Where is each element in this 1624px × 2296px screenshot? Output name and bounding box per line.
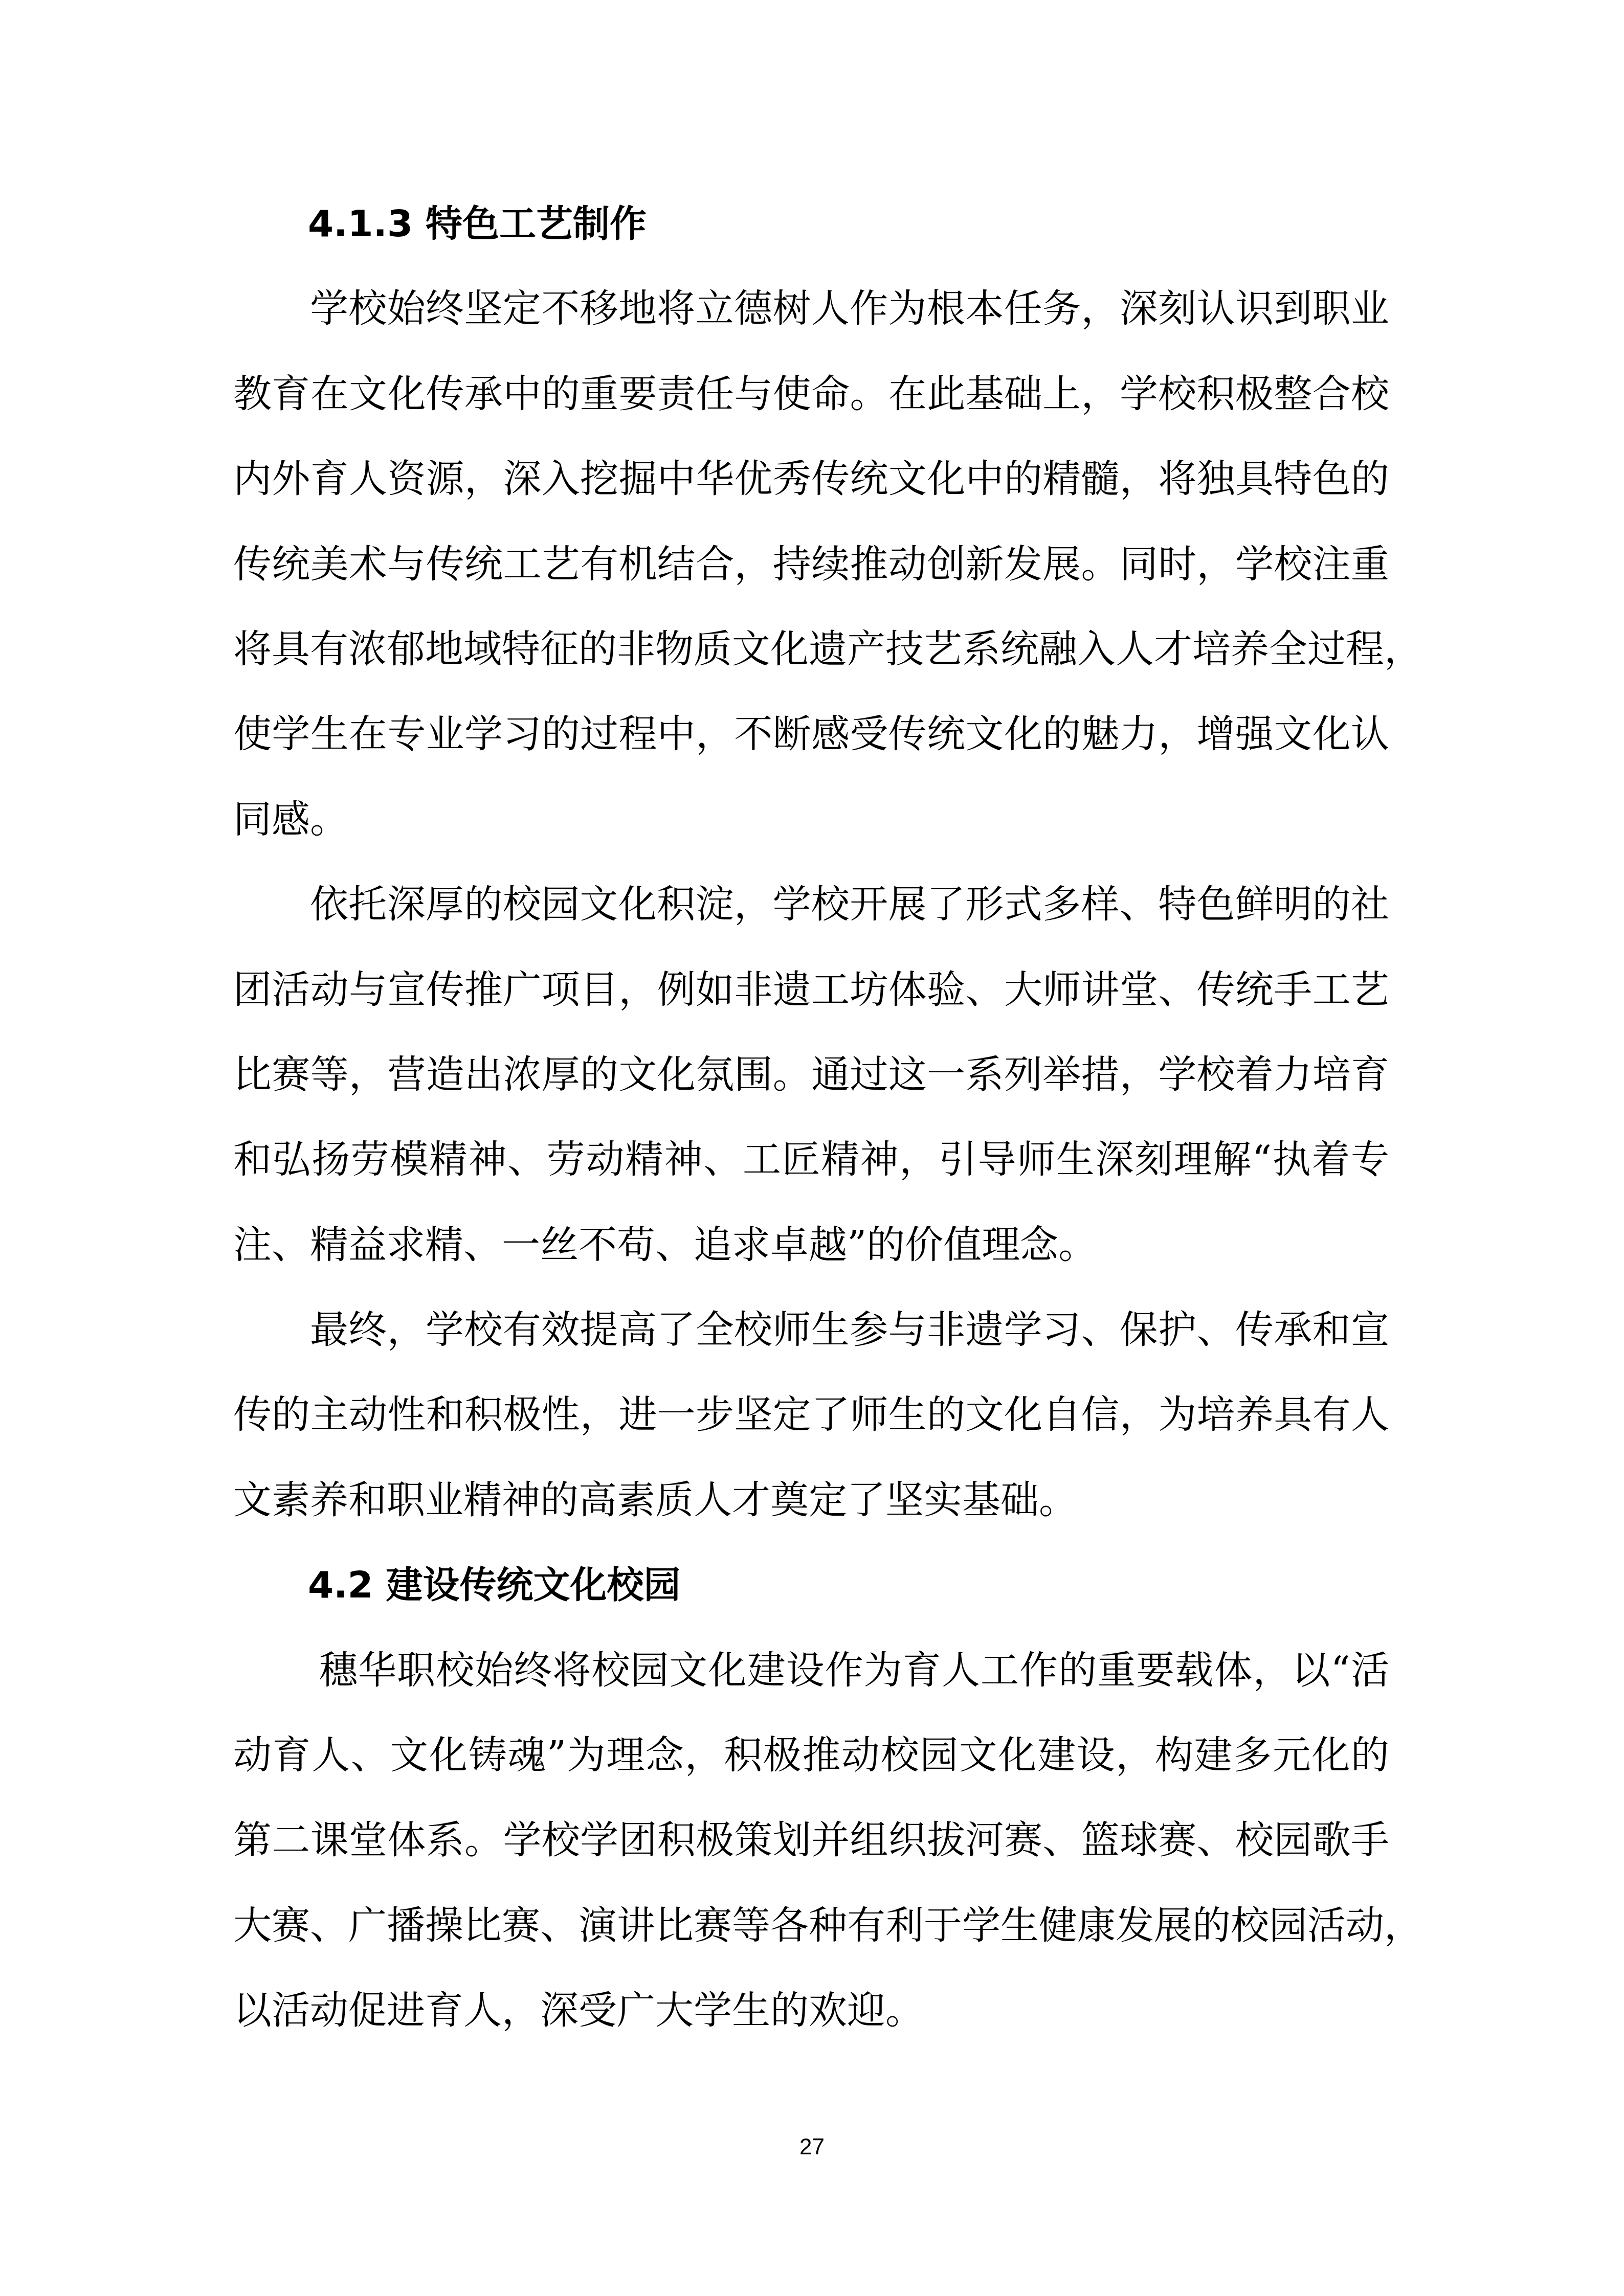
paragraph-line: 将具有浓郁地域特征的非物质文化遗产技艺系统融入人才培养全过程， xyxy=(233,606,1389,691)
paragraph-line: 教育在文化传承中的重要责任与使命。在此基础上，学校积极整合校 xyxy=(233,351,1389,436)
paragraph-craft-intro: 学校始终坚定不移地将立德树人作为根本任务，深刻认识到职业 教育在文化传承中的重要… xyxy=(233,266,1389,862)
paragraph-line: 穗华职校始终将校园文化建设作为育人工作的重要载体，以“活 xyxy=(233,1628,1389,1713)
paragraph-outcome: 最终，学校有效提高了全校师生参与非遗学习、保护、传承和宣 传的主动性和积极性，进… xyxy=(233,1287,1389,1542)
section-heading-4-1-3: 4.1.3 特色工艺制作 xyxy=(233,181,1389,266)
paragraph-line: 第二课堂体系。学校学团积极策划并组织拔河赛、篮球赛、校园歌手 xyxy=(233,1797,1389,1882)
paragraph-line: 以活动促进育人，深受广大学生的欢迎。 xyxy=(233,1968,1389,2053)
document-page: 4.1.3 特色工艺制作 学校始终坚定不移地将立德树人作为根本任务，深刻认识到职… xyxy=(0,0,1624,2296)
paragraph-line: 学校始终坚定不移地将立德树人作为根本任务，深刻认识到职业 xyxy=(233,266,1389,351)
paragraph-line: 依托深厚的校园文化积淀，学校开展了形式多样、特色鲜明的社 xyxy=(233,862,1389,947)
paragraph-line: 传的主动性和积极性，进一步坚定了师生的文化自信，为培养具有人 xyxy=(233,1372,1389,1457)
paragraph-line: 和弘扬劳模精神、劳动精神、工匠精神，引导师生深刻理解“执着专 xyxy=(233,1117,1389,1202)
paragraph-line: 大赛、广播操比赛、演讲比赛等各种有利于学生健康发展的校园活动， xyxy=(233,1883,1389,1968)
paragraph-line: 使学生在专业学习的过程中，不断感受传统文化的魅力，增强文化认 xyxy=(233,691,1389,776)
paragraph-line: 最终，学校有效提高了全校师生参与非遗学习、保护、传承和宣 xyxy=(233,1287,1389,1372)
paragraph-line: 内外育人资源，深入挖掘中华优秀传统文化中的精髓，将独具特色的 xyxy=(233,436,1389,521)
page-body: 4.1.3 特色工艺制作 学校始终坚定不移地将立德树人作为根本任务，深刻认识到职… xyxy=(233,181,1389,2053)
paragraph-line: 团活动与宣传推广项目，例如非遗工坊体验、大师讲堂、传统手工艺 xyxy=(233,947,1389,1032)
paragraph-line: 同感。 xyxy=(233,777,1389,862)
paragraph-line: 比赛等，营造出浓厚的文化氛围。通过这一系列举措，学校着力培育 xyxy=(233,1032,1389,1117)
paragraph-club-activities: 依托深厚的校园文化积淀，学校开展了形式多样、特色鲜明的社 团活动与宣传推广项目，… xyxy=(233,862,1389,1287)
paragraph-line: 动育人、文化铸魂”为理念，积极推动校园文化建设，构建多元化的 xyxy=(233,1713,1389,1797)
paragraph-line: 传统美术与传统工艺有机结合，持续推动创新发展。同时，学校注重 xyxy=(233,522,1389,606)
paragraph-campus-culture: 穗华职校始终将校园文化建设作为育人工作的重要载体，以“活 动育人、文化铸魂”为理… xyxy=(233,1628,1389,2053)
paragraph-line: 文素养和职业精神的高素质人才奠定了坚实基础。 xyxy=(233,1457,1389,1542)
page-number: 27 xyxy=(0,2133,1624,2161)
section-heading-4-2: 4.2 建设传统文化校园 xyxy=(233,1542,1389,1627)
paragraph-line: 注、精益求精、一丝不苟、追求卓越”的价值理念。 xyxy=(233,1202,1389,1287)
